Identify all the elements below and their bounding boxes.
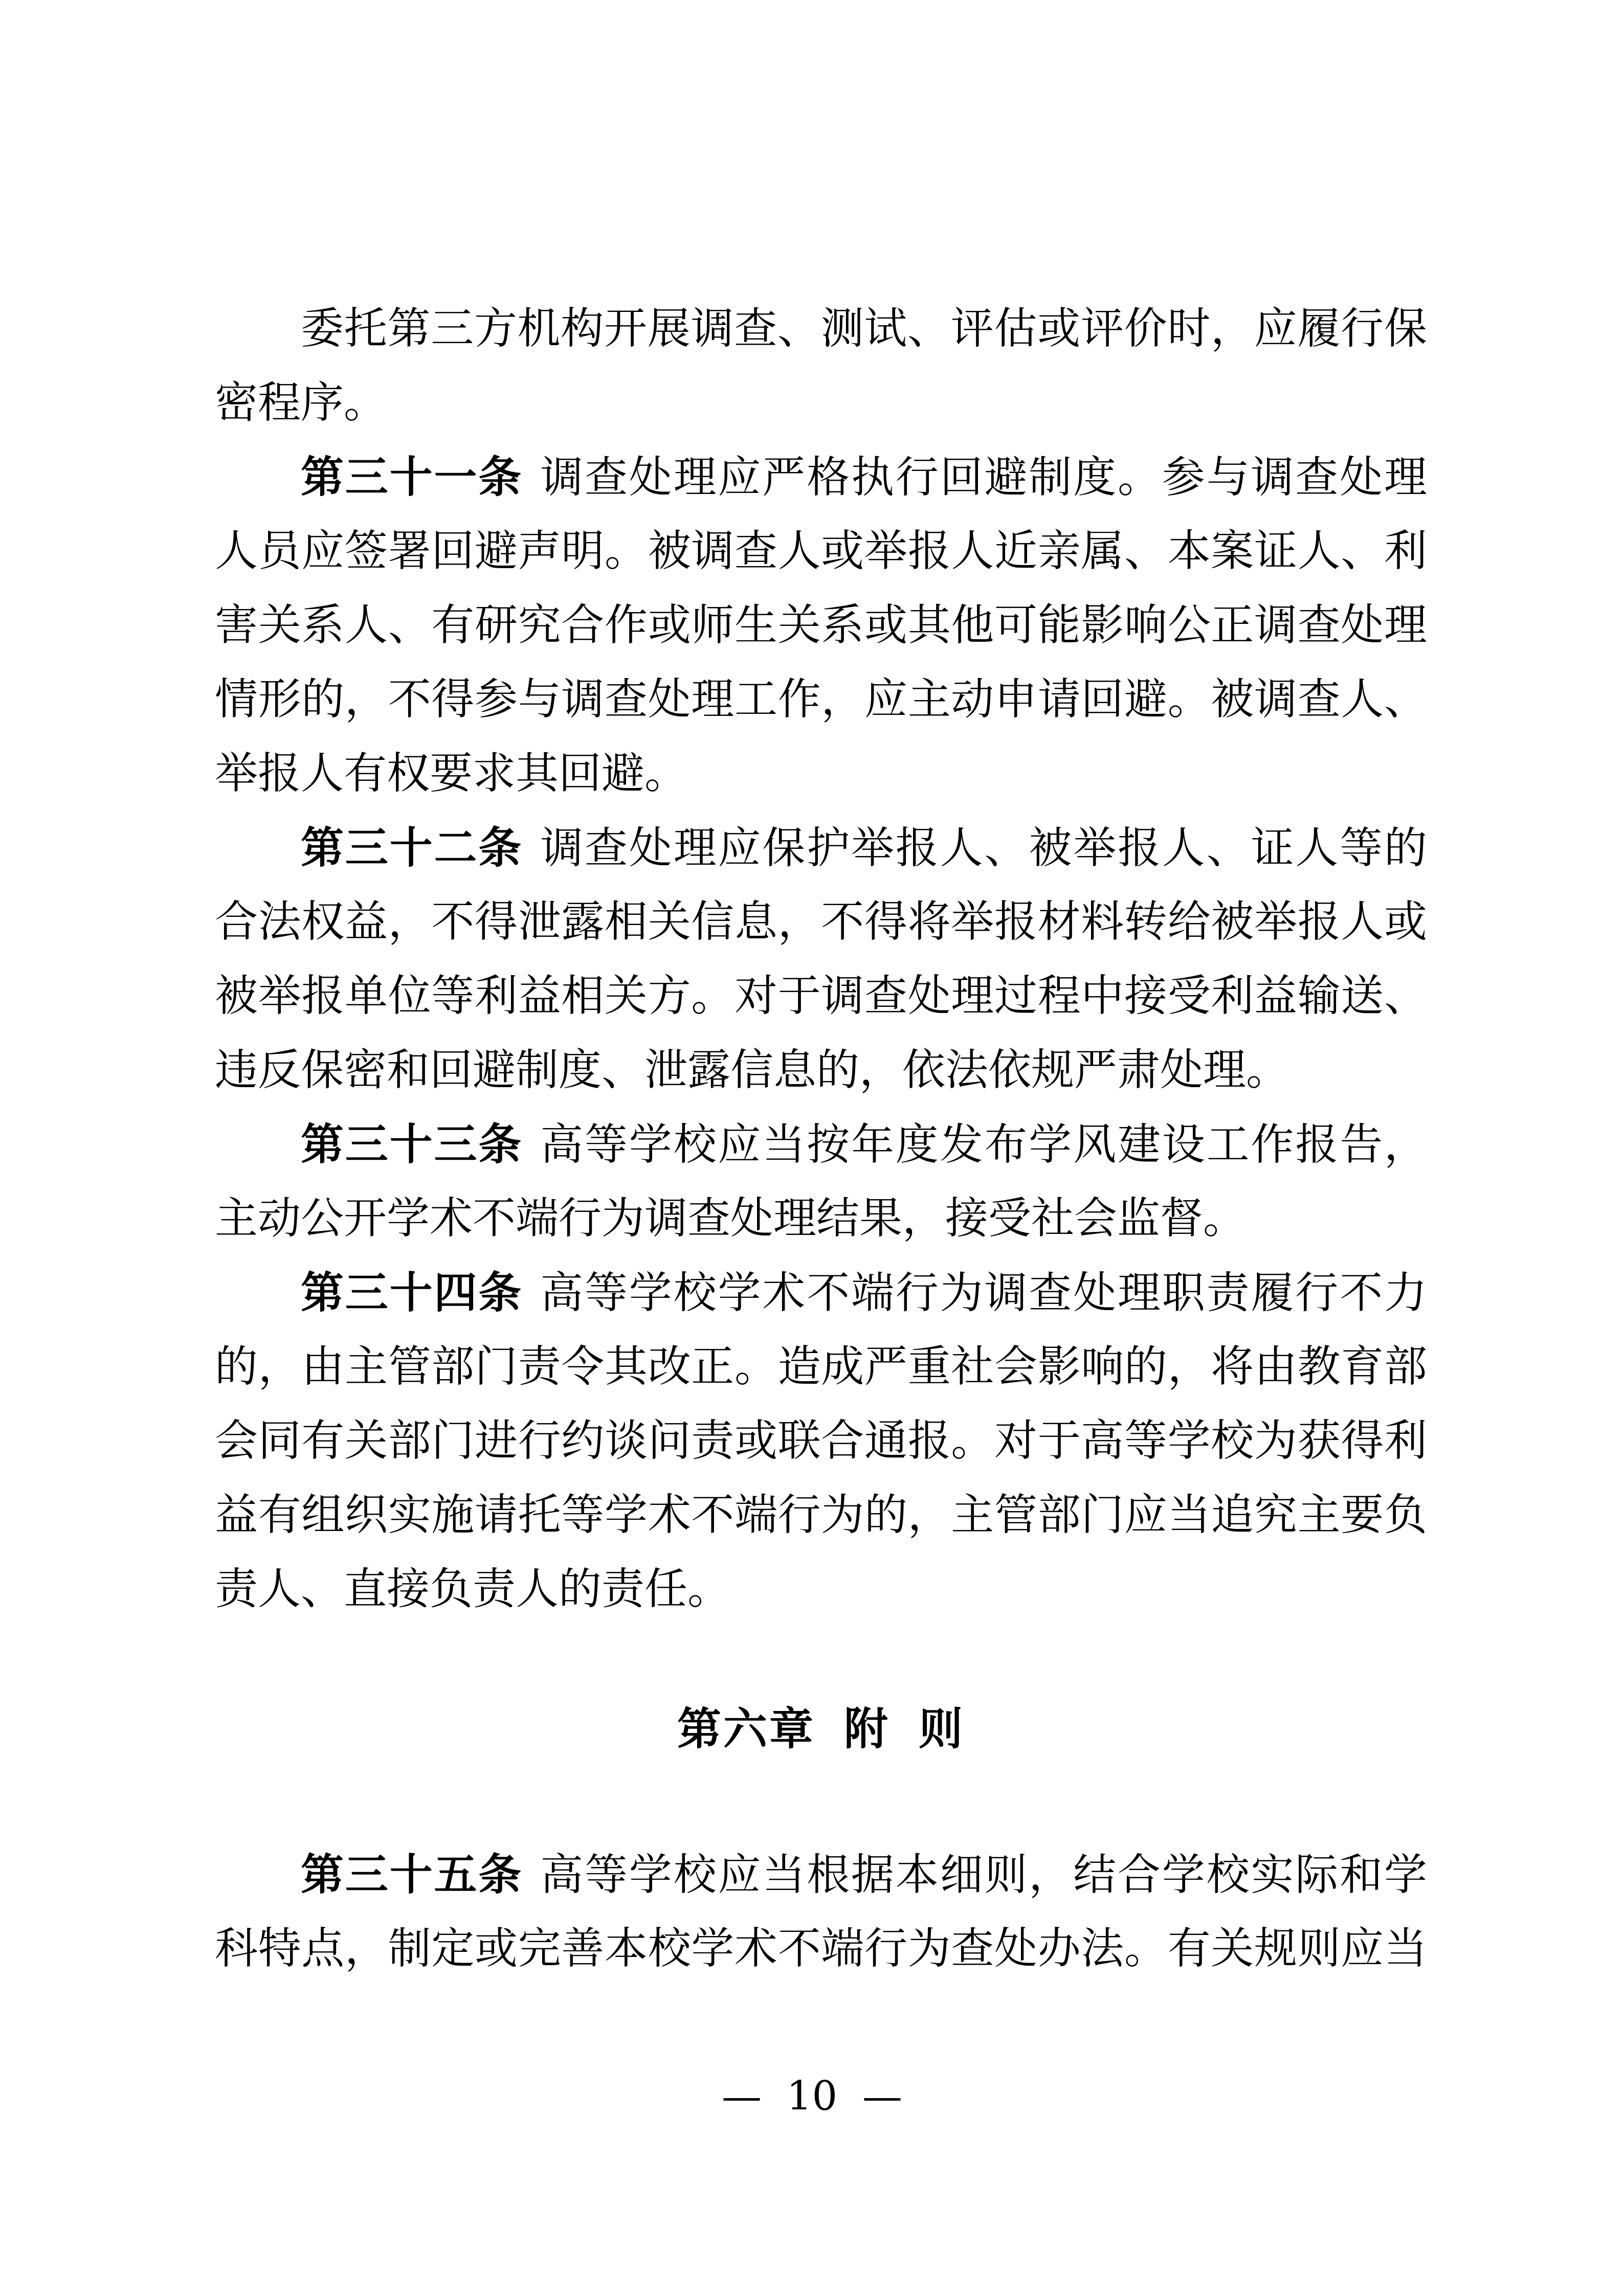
line-text: 人员应签署回避声明。被调查人或举报人近亲属、本案证人、利 — [215, 526, 1427, 576]
line-text: 责人、直接负责人的责任。 — [215, 1564, 730, 1614]
article-number: 第三十二条 — [301, 822, 523, 873]
line-text: 高等学校应当按年度发布学风建设工作报告， — [540, 1119, 1427, 1169]
line-text: 违反保密和回避制度、泄露信息的，依法依规严肃处理。 — [215, 1045, 1289, 1095]
text-line: 委托第三方机构开展调查、测试、评估或评价时，应履行保 — [215, 291, 1427, 366]
text-line: 密程序。 — [215, 366, 1427, 440]
line-text: 会同有关部门进行约谈问责或联合通报。对于高等学校为获得利 — [215, 1415, 1427, 1466]
line-text: 合法权益，不得泄露相关信息，不得将举报材料转给被举报人或 — [215, 896, 1427, 947]
text-line: 主动公开学术不端行为调查处理结果，接受社会监督。 — [215, 1181, 1427, 1255]
text-line: 会同有关部门进行约谈问责或联合通报。对于高等学校为获得利 — [215, 1404, 1427, 1478]
text-line: 情形的，不得参与调查处理工作，应主动申请回避。被调查人、 — [215, 662, 1427, 736]
line-text: 益有组织实施请托等学术不端行为的，主管部门应当追究主要负 — [215, 1490, 1427, 1540]
text-line: 第三十一条调查处理应严格执行回避制度。参与调查处理 — [215, 440, 1427, 514]
text-line: 益有组织实施请托等学术不端行为的，主管部门应当追究主要负 — [215, 1478, 1427, 1552]
text-line: 举报人有权要求其回避。 — [215, 736, 1427, 811]
text-line: 第三十三条高等学校应当按年度发布学风建设工作报告， — [215, 1107, 1427, 1181]
line-text: 高等学校应当根据本细则，结合学校实际和学 — [540, 1850, 1427, 1900]
document-page: 委托第三方机构开展调查、测试、评估或评价时，应履行保 密程序。 第三十一条调查处… — [0, 0, 1624, 2296]
text-line: 第三十四条高等学校学术不端行为调查处理职责履行不力 — [215, 1255, 1427, 1330]
text-line: 第三十五条高等学校应当根据本细则，结合学校实际和学 — [215, 1837, 1427, 1911]
line-text: 高等学校学术不端行为调查处理职责履行不力 — [540, 1268, 1427, 1318]
line-text: 的，由主管部门责令其改正。造成严重社会影响的，将由教育部 — [215, 1341, 1427, 1391]
text-line: 被举报单位等利益相关方。对于调查处理过程中接受利益输送、 — [215, 959, 1427, 1033]
line-text: 被举报单位等利益相关方。对于调查处理过程中接受利益输送、 — [215, 971, 1427, 1021]
page-number: — 10 — — [0, 2065, 1624, 2129]
article-number: 第三十五条 — [301, 1849, 523, 1900]
line-text: 委托第三方机构开展调查、测试、评估或评价时，应履行保 — [301, 303, 1427, 353]
text-line: 违反保密和回避制度、泄露信息的，依法依规严肃处理。 — [215, 1033, 1427, 1107]
line-text: 调查处理应保护举报人、被举报人、证人等的 — [540, 823, 1427, 873]
line-text: 害关系人、有研究合作或师生关系或其他可能影响公正调查处理 — [215, 600, 1427, 650]
text-line: 科特点，制定或完善本校学术不端行为查处办法。有关规则应当 — [215, 1911, 1427, 1986]
article-number: 第三十一条 — [301, 452, 523, 502]
text-line: 第三十二条调查处理应保护举报人、被举报人、证人等的 — [215, 811, 1427, 885]
line-text: 科特点，制定或完善本校学术不端行为查处办法。有关规则应当 — [215, 1923, 1427, 1973]
body-text: 委托第三方机构开展调查、测试、评估或评价时，应履行保 密程序。 第三十一条调查处… — [215, 291, 1427, 1986]
article-number: 第三十三条 — [301, 1119, 523, 1169]
line-text: 举报人有权要求其回避。 — [215, 748, 687, 798]
text-line: 害关系人、有研究合作或师生关系或其他可能影响公正调查处理 — [215, 588, 1427, 662]
text-line: 人员应签署回避声明。被调查人或举报人近亲属、本案证人、利 — [215, 514, 1427, 588]
article-number: 第三十四条 — [301, 1267, 523, 1318]
line-text: 主动公开学术不端行为调查处理结果，接受社会监督。 — [215, 1193, 1246, 1243]
line-text: 密程序。 — [215, 377, 387, 427]
line-text: 调查处理应严格执行回避制度。参与调查处理 — [540, 452, 1427, 502]
text-line: 的，由主管部门责令其改正。造成严重社会影响的，将由教育部 — [215, 1330, 1427, 1404]
text-line: 责人、直接负责人的责任。 — [215, 1552, 1427, 1626]
line-text: 情形的，不得参与调查处理工作，应主动申请回避。被调查人、 — [215, 674, 1427, 724]
text-line: 合法权益，不得泄露相关信息，不得将举报材料转给被举报人或 — [215, 885, 1427, 959]
chapter-heading: 第六章 附 则 — [215, 1693, 1427, 1767]
